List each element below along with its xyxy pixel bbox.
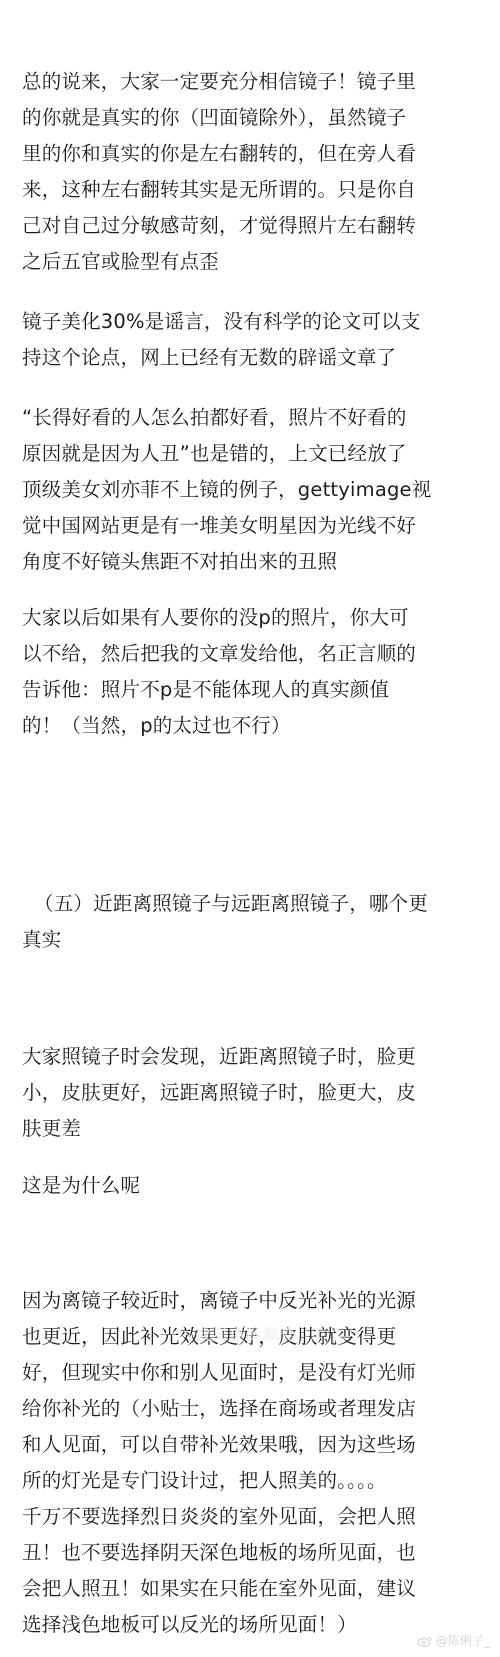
text-line: 这是为什么呢 [22,1168,478,1204]
text-line: 告诉他：照片不p是不能体现人的真实颜值 [22,672,478,708]
paragraph-why: 这是为什么呢 [22,1168,478,1204]
text-line: 也更近，因此补光效果更好，皮肤就变得更 [22,1319,478,1355]
text-line: 给你补光的（小贴士，选择在商场或者理发店 [22,1391,478,1427]
paragraph-photogenic-myth: “长得好看的人怎么拍都好看，照片不好看的 原因就是因为人丑”也是错的，上文已经放… [22,400,478,580]
text-line: 千万不要选择烈日炎炎的室外见面，会把人照 [22,1499,478,1535]
text-line: 的你就是真实的你（凹面镜除外），虽然镜子 [22,100,478,136]
text-line: 真实 [22,922,478,958]
text-line: 选择浅色地板可以反光的场所见面！） [22,1607,478,1643]
text-line: 顶级美女刘亦菲不上镜的例子，gettyimage视 [22,472,478,508]
text-line: 肤更差 [22,1111,478,1147]
text-line: 大家照镜子时会发现，近距离照镜子时，脸更 [22,1039,478,1075]
paragraph-lighting-explanation: 因为离镜子较近时，离镜子中反光补光的光源 也更近，因此补光效果更好，皮肤就变得更… [22,1283,478,1643]
text-line: 大家以后如果有人要你的没p的照片，你大可 [22,600,478,636]
paragraph-conclusion: 总的说来，大家一定要充分相信镜子！镜子里 的你就是真实的你（凹面镜除外），虽然镜… [22,64,478,280]
text-line: 以不给，然后把我的文章发给他，名正言顺的 [22,636,478,672]
text-line: 觉中国网站更是有一堆美女明星因为光线不好 [22,508,478,544]
text-line: 原因就是因为人丑”也是错的，上文已经放了 [22,436,478,472]
paragraph-mirror-rumor: 镜子美化30%是谣言，没有科学的论文可以支 持这个论点，网上已经有无数的辟谣文章… [22,304,478,376]
weibo-watermark: @陈俐子_ [417,1632,490,1649]
text-line: 己对自己过分敏感苛刻，才觉得照片左右翻转 [22,208,478,244]
text-line: “长得好看的人怎么拍都好看，照片不好看的 [22,400,478,436]
text-line: 持这个论点，网上已经有无数的辟谣文章了 [22,340,478,376]
article-page: 总的说来，大家一定要充分相信镜子！镜子里 的你就是真实的你（凹面镜除外），虽然镜… [0,0,500,1657]
text-line: 来，这种左右翻转其实是无所谓的。只是你自 [22,172,478,208]
paragraph-unedited-photos: 大家以后如果有人要你的没p的照片，你大可 以不给，然后把我的文章发给他，名正言顺… [22,600,478,744]
section-heading-5: （五）近距离照镜子与远距离照镜子，哪个更 真实 [22,886,478,958]
text-line: 所的灯光是专门设计过，把人照美的。。。。 [22,1463,478,1499]
text-line: 里的你和真实的你是左右翻转的，但在旁人看 [22,136,478,172]
text-line: 镜子美化30%是谣言，没有科学的论文可以支 [22,304,478,340]
text-line: 丑！也不要选择阴天深色地板的场所见面，也 [22,1535,478,1571]
paragraph-mirror-distance: 大家照镜子时会发现，近距离照镜子时，脸更 小，皮肤更好，远距离照镜子时，脸更大，… [22,1039,478,1147]
text-line: 因为离镜子较近时，离镜子中反光补光的光源 [22,1283,478,1319]
text-line: （五）近距离照镜子与远距离照镜子，哪个更 [34,886,478,922]
text-line: 总的说来，大家一定要充分相信镜子！镜子里 [22,64,478,100]
text-line: 之后五官或脸型有点歪 [22,244,478,280]
text-line: 的！（当然，p的太过也不行） [22,708,478,744]
text-line: 小，皮肤更好，远距离照镜子时，脸更大，皮 [22,1075,478,1111]
text-line: 角度不好镜头焦距不对拍出来的丑照 [22,544,478,580]
weibo-handle: @陈俐子_ [436,1632,490,1649]
text-line: 会把人照丑！如果实在只能在室外见面，建议 [22,1571,478,1607]
text-line: 和人见面，可以自带补光效果哦，因为这些场 [22,1427,478,1463]
text-line: 好，但现实中你和别人见面时，是没有灯光师 [22,1355,478,1391]
weibo-logo-icon [417,1635,433,1647]
